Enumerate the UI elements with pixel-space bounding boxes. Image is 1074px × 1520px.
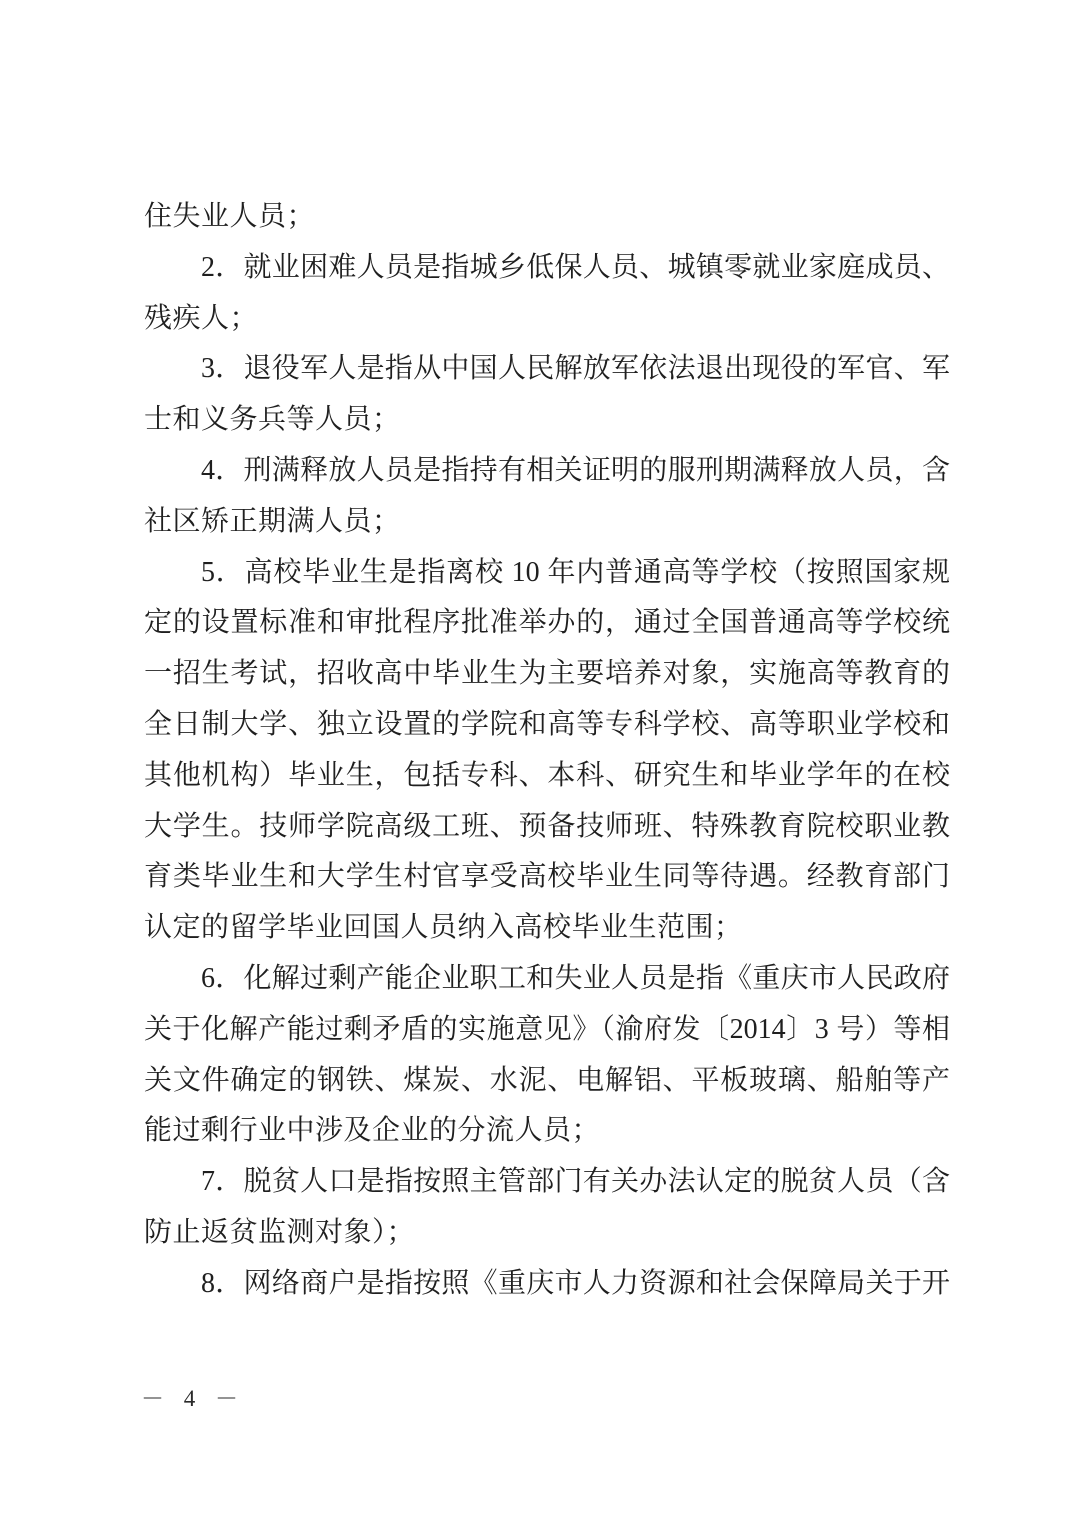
text-line: 8．网络商户是指按照《重庆市人力资源和社会保障局关于开 [144,1259,950,1310]
text-line: 认定的留学毕业回国人员纳入高校毕业生范围； [144,903,950,954]
text-line: 关于化解产能过剩矛盾的实施意见》（渝府发〔2014〕3 号）等相 [144,1005,950,1056]
text-line: 全日制大学、独立设置的学院和高等专科学校、高等职业学校和 [144,700,950,751]
text-line: 士和义务兵等人员； [144,395,950,446]
text-line: 4．刑满释放人员是指持有相关证明的服刑期满释放人员，含 [144,446,950,497]
text-line: 育类毕业生和大学生村官享受高校毕业生同等待遇。经教育部门 [144,852,950,903]
document-page: 住失业人员；2．就业困难人员是指城乡低保人员、城镇零就业家庭成员、残疾人；3．退… [0,0,1074,1520]
text-line: 3．退役军人是指从中国人民解放军依法退出现役的军官、军 [144,344,950,395]
text-line: 5．高校毕业生是指离校 10 年内普通高等学校（按照国家规 [144,548,950,599]
text-line: 2．就业困难人员是指城乡低保人员、城镇零就业家庭成员、 [144,243,950,294]
text-line: 关文件确定的钢铁、煤炭、水泥、电解铝、平板玻璃、船舶等产 [144,1056,950,1107]
text-line: 社区矫正期满人员； [144,497,950,548]
text-line: 7．脱贫人口是指按照主管部门有关办法认定的脱贫人员（含 [144,1157,950,1208]
text-line: 一招生考试，招收高中毕业生为主要培养对象，实施高等教育的 [144,649,950,700]
text-line: 能过剩行业中涉及企业的分流人员； [144,1106,950,1157]
text-line: 住失业人员； [144,192,950,243]
text-line: 定的设置标准和审批程序批准举办的，通过全国普通高等学校统 [144,598,950,649]
text-line: 残疾人； [144,294,950,345]
text-line: 其他机构）毕业生，包括专科、本科、研究生和毕业学年的在校 [144,751,950,802]
text-line: 防止返贫监测对象）； [144,1208,950,1259]
text-line: 大学生。技师学院高级工班、预备技师班、特殊教育院校职业教 [144,802,950,853]
text-line: 6．化解过剩产能企业职工和失业人员是指《重庆市人民政府 [144,954,950,1005]
document-body: 住失业人员；2．就业困难人员是指城乡低保人员、城镇零就业家庭成员、残疾人；3．退… [144,192,950,1310]
page-number: － 4 － [141,1380,245,1413]
